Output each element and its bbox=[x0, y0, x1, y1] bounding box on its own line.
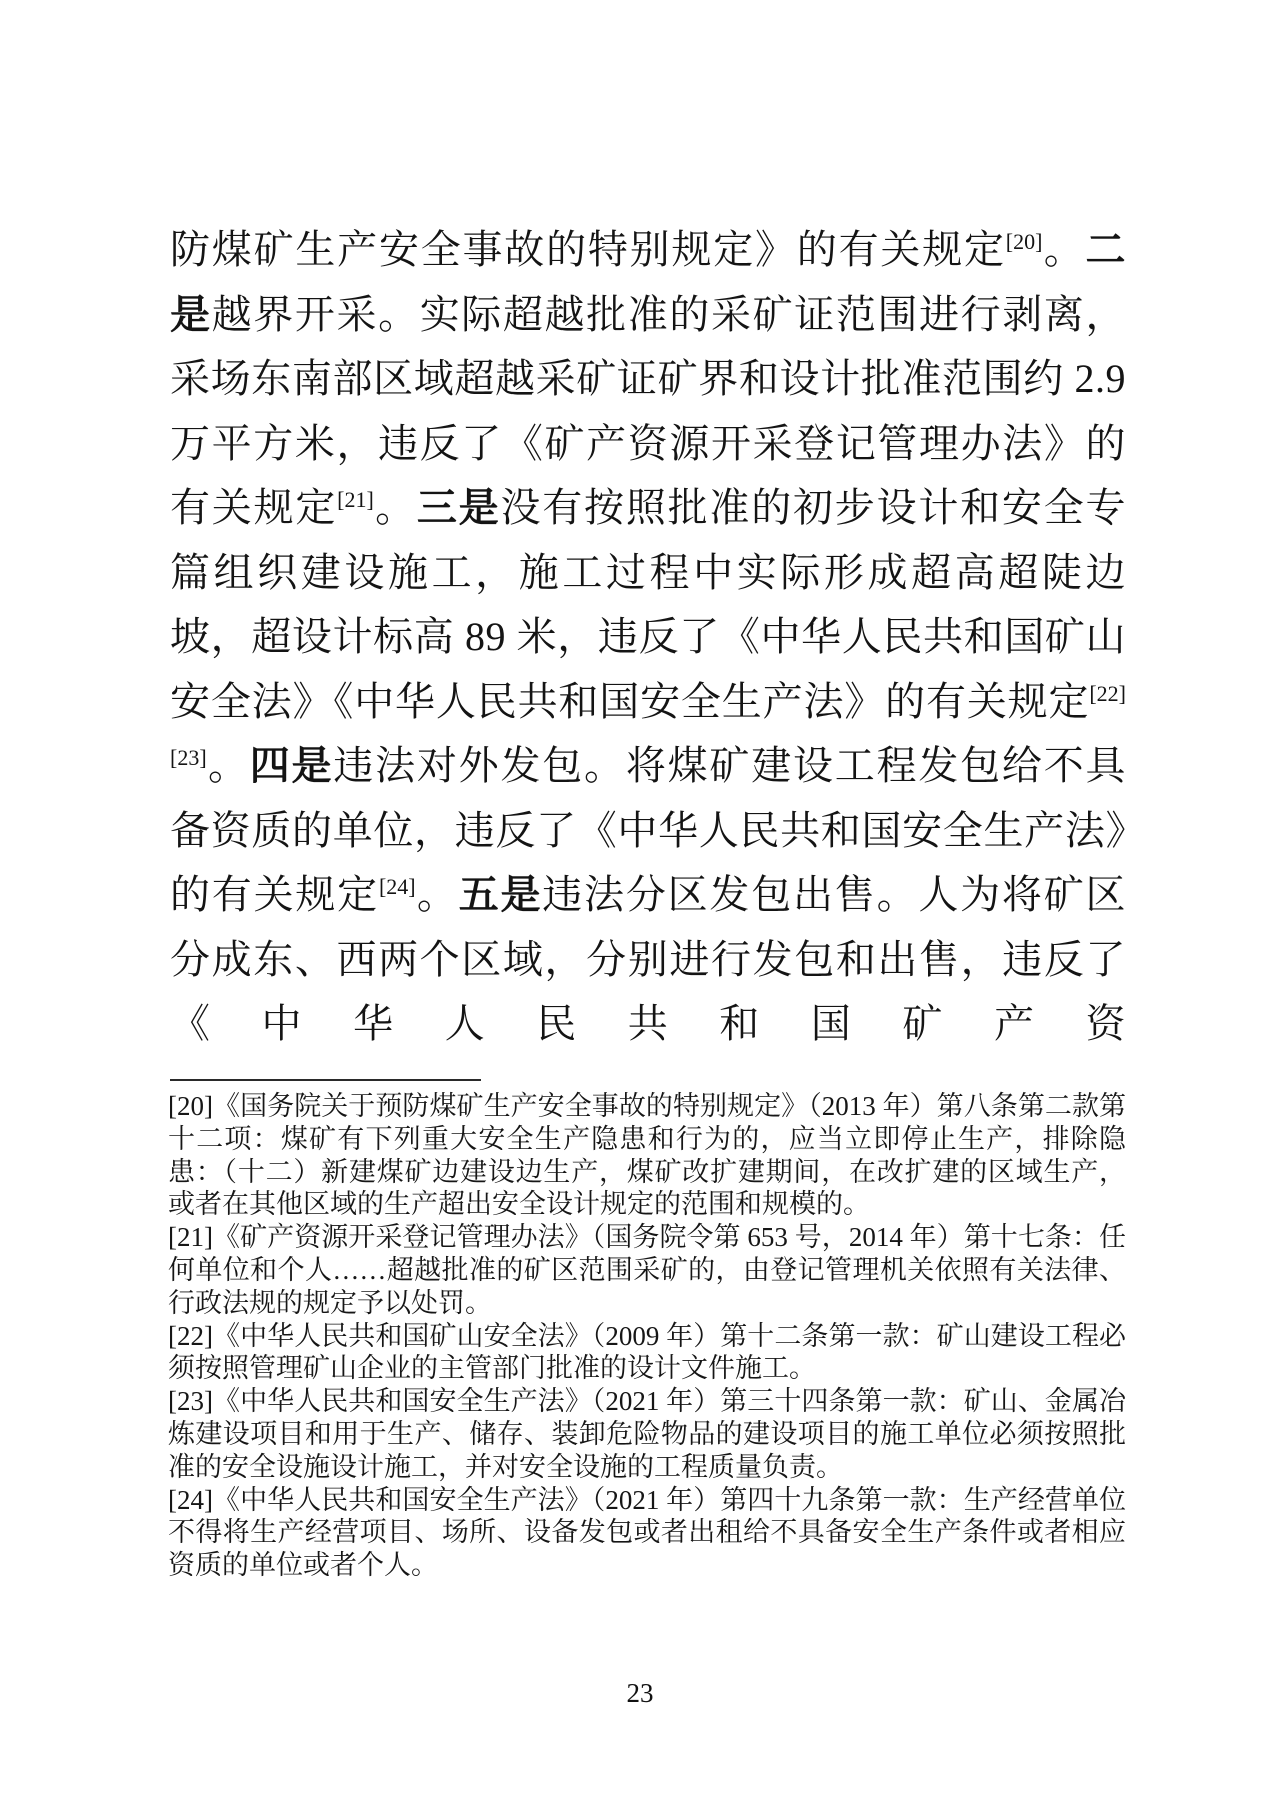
footnote-marker: [20] bbox=[168, 1091, 213, 1121]
body-segment: 。 bbox=[1042, 227, 1085, 272]
footnote-item: [20]《国务院关于预防煤矿生产安全事故的特别规定》（2013 年）第八条第二款… bbox=[168, 1090, 1126, 1221]
footnote-marker: [22] bbox=[168, 1321, 213, 1351]
footnote-text: 《中华人民共和国矿山安全法》（2009 年）第十二条第一款：矿山建设工程必须按照… bbox=[168, 1321, 1126, 1384]
footnote-marker: [24] bbox=[168, 1485, 213, 1515]
footnote-marker: [23] bbox=[168, 1386, 213, 1416]
footnote-separator bbox=[170, 1079, 481, 1081]
footnote-ref: [20] bbox=[1006, 229, 1043, 254]
body-paragraph: 防煤矿生产安全事故的特别规定》的有关规定[20]。二是越界开采。实际超越批准的采… bbox=[170, 218, 1126, 1057]
footnote-text: 《矿产资源开采登记管理办法》（国务院令第 653 号，2014 年）第十七条：任… bbox=[168, 1222, 1126, 1318]
footnote-item: [23]《中华人民共和国安全生产法》（2021 年）第三十四条第一款：矿山、金属… bbox=[168, 1385, 1126, 1483]
body-emphasis: 三是 bbox=[417, 486, 501, 530]
footnote-text: 《中华人民共和国安全生产法》（2021 年）第三十四条第一款：矿山、金属冶炼建设… bbox=[168, 1386, 1126, 1482]
footnote-text: 《中华人民共和国安全生产法》（2021 年）第四十九条第一款：生产经营单位不得将… bbox=[168, 1485, 1126, 1581]
footnote-text: 《国务院关于预防煤矿生产安全事故的特别规定》（2013 年）第八条第二款第十二项… bbox=[168, 1091, 1126, 1219]
footnote-ref: [24] bbox=[379, 874, 416, 899]
page-number: 23 bbox=[0, 1678, 1280, 1709]
document-page: 防煤矿生产安全事故的特别规定》的有关规定[20]。二是越界开采。实际超越批准的采… bbox=[0, 0, 1280, 1809]
body-emphasis: 四是 bbox=[250, 744, 334, 788]
footnote-item: [22]《中华人民共和国矿山安全法》（2009 年）第十二条第一款：矿山建设工程… bbox=[168, 1320, 1126, 1386]
body-segment: 。 bbox=[416, 872, 459, 917]
body-segment: 。 bbox=[374, 485, 417, 530]
body-segment: 。 bbox=[207, 743, 250, 788]
body-emphasis: 五是 bbox=[459, 873, 543, 917]
footnote-ref: [21] bbox=[337, 487, 374, 512]
body-segment: 防煤矿生产安全事故的特别规定》的有关规定 bbox=[170, 227, 1006, 272]
footnote-marker: [21] bbox=[168, 1222, 213, 1252]
footnote-item: [24]《中华人民共和国安全生产法》（2021 年）第四十九条第一款：生产经营单… bbox=[168, 1484, 1126, 1582]
footnotes: [20]《国务院关于预防煤矿生产安全事故的特别规定》（2013 年）第八条第二款… bbox=[168, 1090, 1126, 1582]
footnote-item: [21]《矿产资源开采登记管理办法》（国务院令第 653 号，2014 年）第十… bbox=[168, 1221, 1126, 1319]
